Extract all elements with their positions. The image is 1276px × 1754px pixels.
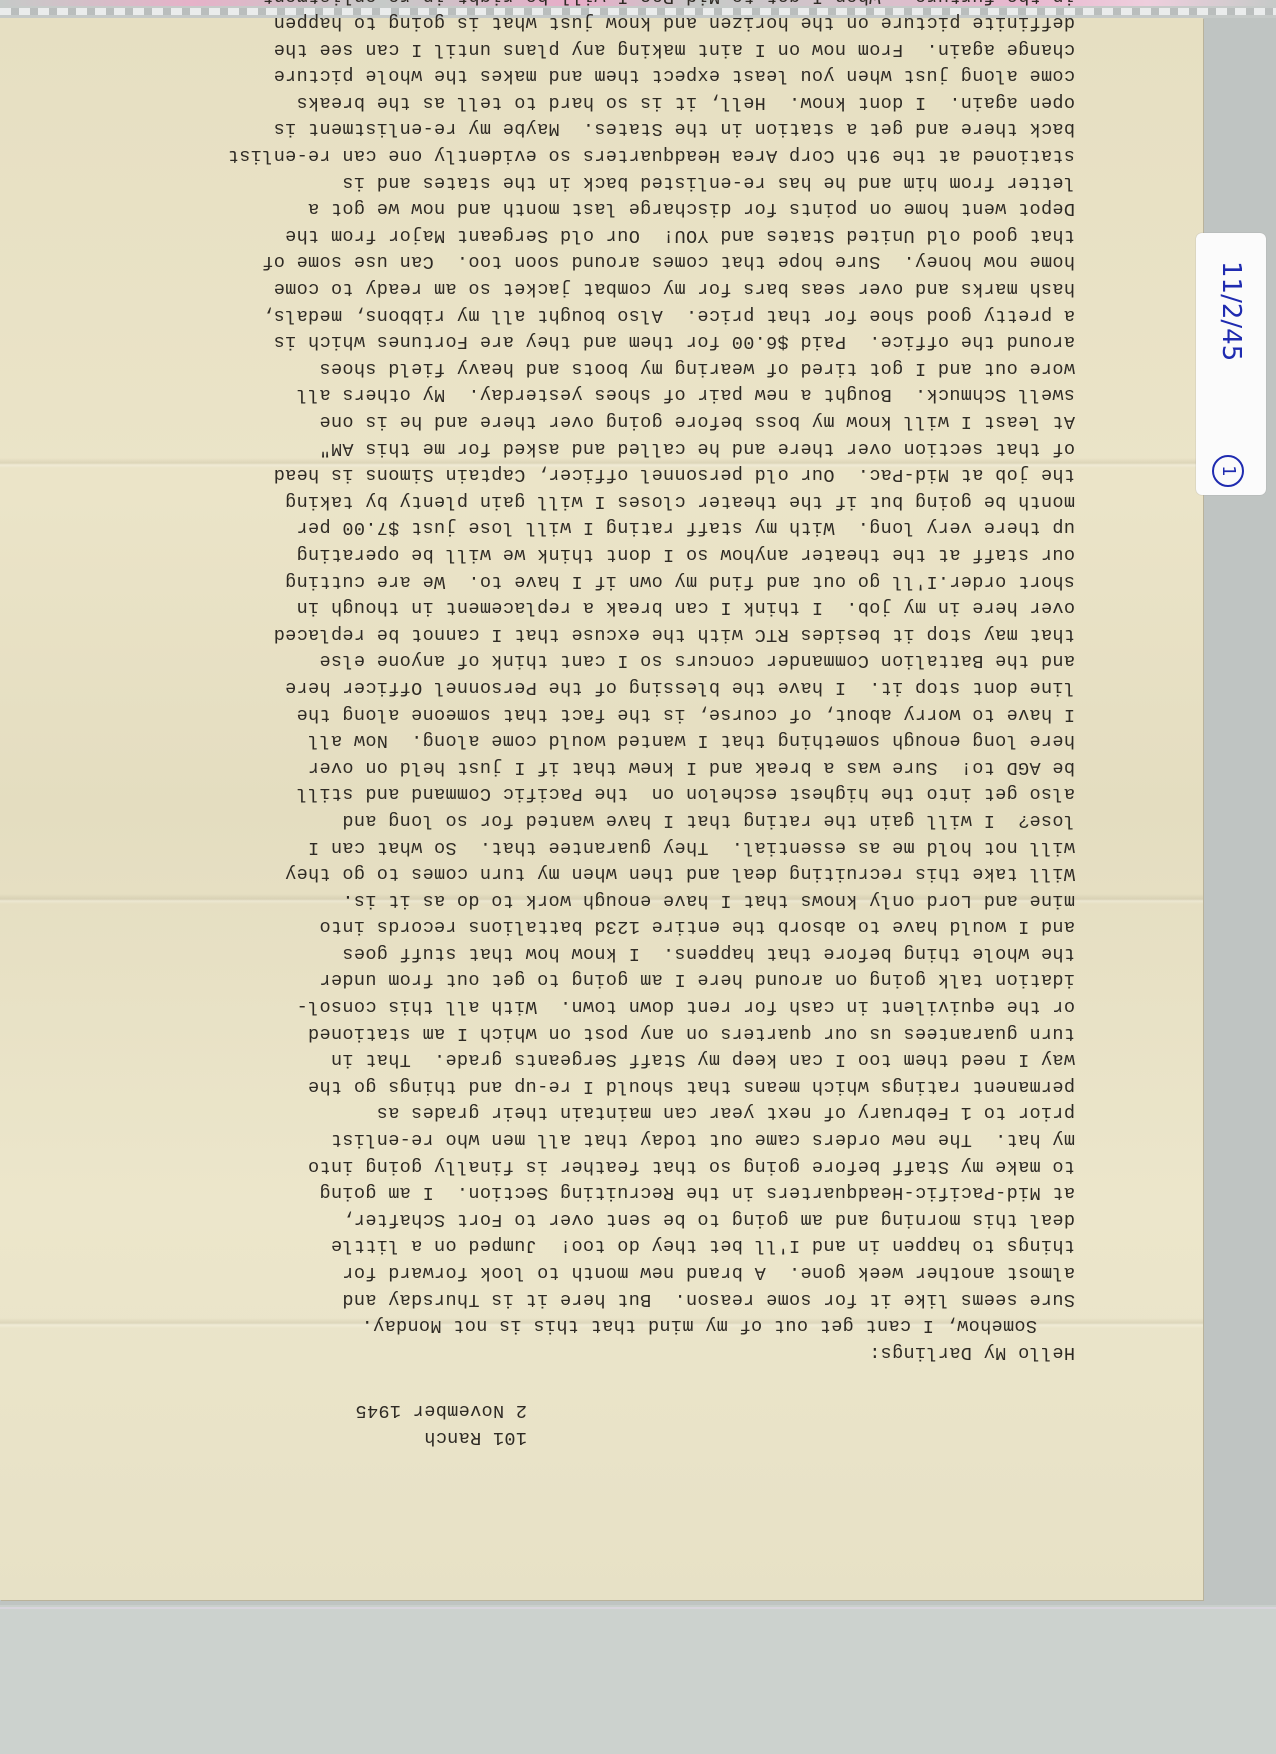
letter-line: Depot went home on points for discharge … <box>115 195 1075 222</box>
letter-line: will not hold me as essential. They guar… <box>115 833 1075 860</box>
letter-line: to make my Staff before going so that fe… <box>115 1152 1075 1179</box>
letter-line: almost another week gone. A brand new mo… <box>115 1258 1075 1285</box>
letter-line: back there and get a station in the Stat… <box>115 115 1075 142</box>
letter-line: wore out and I got tired of wearing my b… <box>115 354 1075 381</box>
letter-line: lose? I will gain the rating that I have… <box>115 806 1075 833</box>
letter-line: things to happen in and I'll bet they do… <box>115 1232 1075 1259</box>
letter-line: change again. From now on I aint making … <box>115 35 1075 62</box>
letter-line: deal this morning and am going to be sen… <box>115 1205 1075 1232</box>
letter-line: permanent ratings which means that shoul… <box>115 1072 1075 1099</box>
letter-line: the whole thing before that happens. I k… <box>115 939 1075 966</box>
letter-line: or the equivilent in cash for rent down … <box>115 993 1075 1020</box>
letter-date: 2 November 1945 <box>115 1397 527 1424</box>
letter-line: my hat. The new orders came out today th… <box>115 1125 1075 1152</box>
letter-line: up there very long. With my staff rating… <box>115 514 1075 541</box>
letter-line: over here in my job. I think I can break… <box>115 594 1075 621</box>
letter-line: and I would have to absorb the entire 12… <box>115 913 1075 940</box>
letter-line: be AGD to! Sure was a break and I knew t… <box>115 753 1075 780</box>
letter-line: come along just when you least expect th… <box>115 62 1075 89</box>
handwritten-date: 11/2/45 <box>1206 251 1256 371</box>
letter-line: a pretty good shoe for that price. Also … <box>115 301 1075 328</box>
letter-body: Somehow, I cant get out of my mind that … <box>115 0 1075 1338</box>
letter-line: in the furture. When I get to Mid-Pac I … <box>115 0 1075 9</box>
letter-page: 101 Ranch 2 November 1945 Hello My Darli… <box>0 18 1203 1600</box>
letter-line: month be going but if the theater closes… <box>115 487 1075 514</box>
letter-line: also get into the highest eschelon on th… <box>115 780 1075 807</box>
letter-line: of that section over there and he called… <box>115 434 1075 461</box>
letter-line: at Mid-Pacific-Headquarters in the Recru… <box>115 1179 1075 1206</box>
letter-line: Sure seems like it for some reason. But … <box>115 1285 1075 1312</box>
letter-content-rotated: 101 Ranch 2 November 1945 Hello My Darli… <box>0 18 1203 1600</box>
letter-line: turn guarantees us our quarters on any p… <box>115 1019 1075 1046</box>
letter-line: the job at Mid-Pac. Our old personnel of… <box>115 461 1075 488</box>
letter-line: way I need them too I can keep my Staff … <box>115 1046 1075 1073</box>
letter-line: short order.I'll go out and find my own … <box>115 567 1075 594</box>
letter-line: At least I will know my boss before goin… <box>115 407 1075 434</box>
letter-line: open again. I dont know. Hell, it is so … <box>115 88 1075 115</box>
letter-line: swell Schmuck. Bought a new pair of shoe… <box>115 381 1075 408</box>
letter-line: letter from him and he has re-enlisted b… <box>115 168 1075 195</box>
letter-line: I have to worry about, of course, is the… <box>115 700 1075 727</box>
archive-tag: 11/2/45 1 <box>1196 233 1266 495</box>
scanner-backing-lower <box>0 1607 1276 1754</box>
letter-line: hash marks and over seas bars for my com… <box>115 274 1075 301</box>
letter-line: our staff at the theater anyhow so I don… <box>115 540 1075 567</box>
letter-line: line dont stop it. I have the blessing o… <box>115 673 1075 700</box>
letter-line: around the office. Paid $6.00 for them a… <box>115 328 1075 355</box>
letter-line: that may stop it besides RTC with the ex… <box>115 620 1075 647</box>
letter-line: home now honey. Sure hope that comes aro… <box>115 248 1075 275</box>
letter-line: and the Battalion Commander concurs so I… <box>115 647 1075 674</box>
letter-line: that good old United States and YOU! Our… <box>115 221 1075 248</box>
letter-line: here long enough something that I wanted… <box>115 727 1075 754</box>
letter-line: idation talk going on around here I am g… <box>115 966 1075 993</box>
letter-line: deffinite picture on the horizen and kno… <box>115 9 1075 36</box>
letter-line: mine and Lord only knows that I have eno… <box>115 886 1075 913</box>
sender-location: 101 Ranch <box>115 1423 527 1450</box>
letter-line: stationed at the 9th Corp Area Headquart… <box>115 142 1075 169</box>
letter-heading: 101 Ranch 2 November 1945 <box>115 1397 527 1450</box>
circled-page-number: 1 <box>1212 455 1244 487</box>
salutation: Hello My Darlings: <box>115 1338 1075 1365</box>
letter-line: prior to 1 February of next year can mai… <box>115 1099 1075 1126</box>
letter-text-block: 101 Ranch 2 November 1945 Hello My Darli… <box>115 0 1075 1450</box>
letter-line: Will take this recruiting deal and then … <box>115 860 1075 887</box>
letter-line: Somehow, I cant get out of my mind that … <box>115 1312 1075 1339</box>
